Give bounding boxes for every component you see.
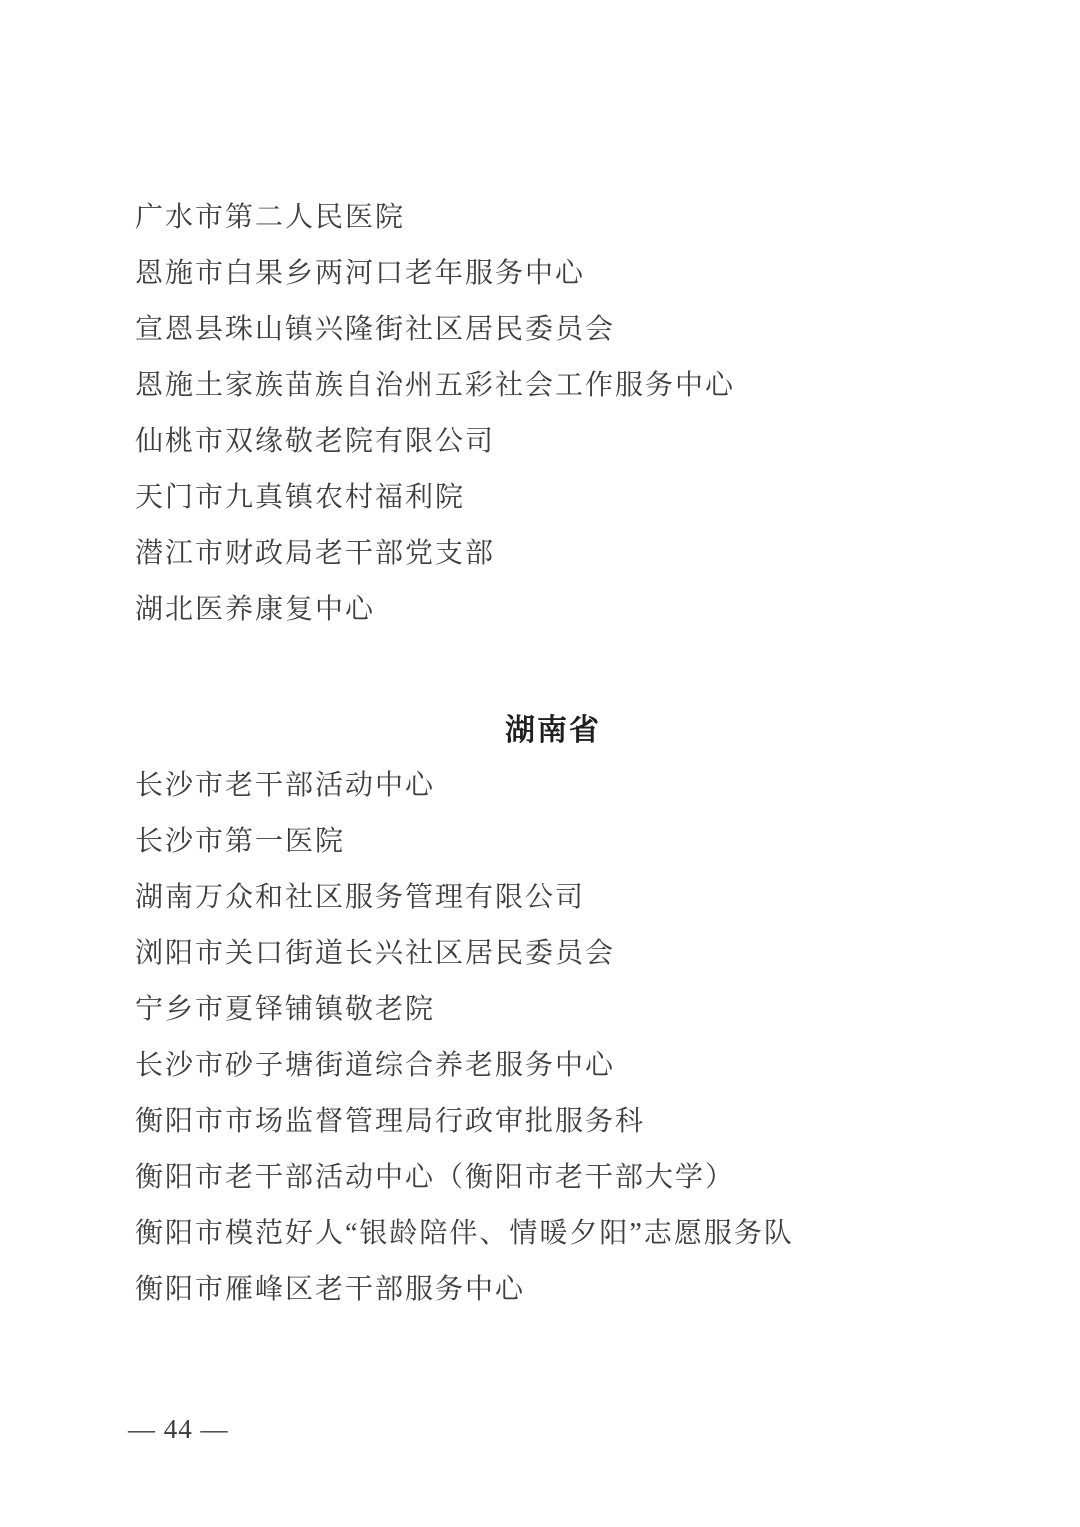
org-list-item: 广水市第二人民医院 — [135, 187, 1080, 243]
org-list-item: 湖北医养康复中心 — [135, 579, 1080, 635]
section-heading-hunan: 湖南省 — [13, 699, 1080, 755]
org-list-hunan: 长沙市老干部活动中心 长沙市第一医院 湖南万众和社区服务管理有限公司 浏阳市关口… — [135, 755, 1080, 1315]
org-list-item: 浏阳市关口街道长兴社区居民委员会 — [135, 923, 1080, 979]
org-list-item: 长沙市第一医院 — [135, 811, 1080, 867]
org-list-item: 衡阳市模范好人“银龄陪伴、情暖夕阳”志愿服务队 — [135, 1203, 1080, 1259]
org-list-item: 长沙市砂子塘街道综合养老服务中心 — [135, 1035, 1080, 1091]
org-list-item: 天门市九真镇农村福利院 — [135, 467, 1080, 523]
org-list-item: 宣恩县珠山镇兴隆街社区居民委员会 — [135, 299, 1080, 355]
org-list-item: 恩施市白果乡两河口老年服务中心 — [135, 243, 1080, 299]
org-list-item: 潜江市财政局老干部党支部 — [135, 523, 1080, 579]
page-number: — 44 — — [128, 1414, 229, 1445]
org-list-item: 仙桃市双缘敬老院有限公司 — [135, 411, 1080, 467]
org-list-item: 衡阳市市场监督管理局行政审批服务科 — [135, 1091, 1080, 1147]
org-list-item: 衡阳市雁峰区老干部服务中心 — [135, 1259, 1080, 1315]
org-list-item: 宁乡市夏铎铺镇敬老院 — [135, 979, 1080, 1035]
org-list-item: 湖南万众和社区服务管理有限公司 — [135, 867, 1080, 923]
org-list-item: 衡阳市老干部活动中心（衡阳市老干部大学） — [135, 1147, 1080, 1203]
org-list-hubei-continued: 广水市第二人民医院 恩施市白果乡两河口老年服务中心 宣恩县珠山镇兴隆街社区居民委… — [135, 0, 1080, 635]
document-page: 广水市第二人民医院 恩施市白果乡两河口老年服务中心 宣恩县珠山镇兴隆街社区居民委… — [0, 0, 1080, 1527]
org-list-item: 长沙市老干部活动中心 — [135, 755, 1080, 811]
org-list-item: 恩施土家族苗族自治州五彩社会工作服务中心 — [135, 355, 1080, 411]
